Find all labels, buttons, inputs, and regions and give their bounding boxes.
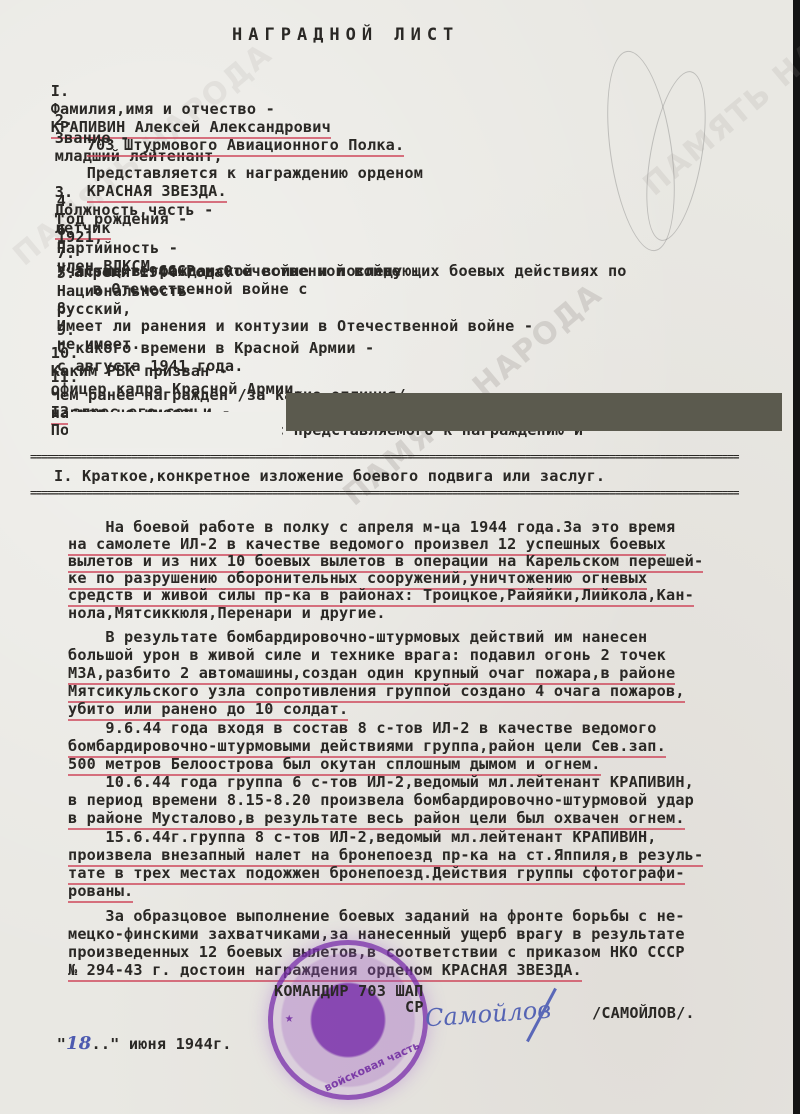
section-heading: I. Краткое,конкретное изложение боевого … (54, 467, 605, 485)
date-day: 18 (66, 1033, 91, 1054)
scan-border (793, 0, 800, 1114)
document-title: НАГРАДНОЙ ЛИСТ (232, 26, 459, 44)
blank-area (68, 412, 282, 448)
narrative-line: 10.6.44 года группа 6 с-тов ИЛ-2,ведомый… (68, 773, 694, 791)
signatory-position: КОМАНДИР 703 ШАП (274, 982, 424, 1000)
narrative-line: 15.6.44г.группа 8 с-тов ИЛ-2,ведомый мл.… (68, 828, 657, 846)
signatory-name: /САМОЙЛОВ/. (592, 1004, 695, 1022)
date-rest: июня 1944г. (129, 1035, 232, 1053)
narrative-line: в районе Мусталово,в результате весь рай… (68, 809, 685, 830)
document-date: "18.." июня 1944г. (38, 1017, 232, 1053)
redacted-address (286, 393, 782, 431)
narrative-line: нола,Мятсиккюля,Перенари и другие. (68, 604, 386, 622)
field-number: II. (51, 368, 79, 386)
narrative-line: убито или ранено до 10 солдат. (68, 700, 348, 721)
field-number: 7. (57, 244, 76, 262)
narrative-line: в период времени 8.15-8.20 произвела бом… (68, 791, 694, 809)
narrative-line: рованы. (68, 882, 133, 903)
signatory-suffix: СР (405, 998, 424, 1016)
divider-line: ========================================… (30, 491, 785, 499)
narrative-line: тате в трех местах подожжен бронепоезд.Д… (68, 864, 685, 885)
divider-line: ========================================… (30, 455, 785, 463)
narrative-line: 9.6.44 года входя в состав 8 с-тов ИЛ-2 … (68, 719, 657, 737)
narrative-line: большой урон в живой силе и технике враг… (68, 646, 666, 664)
narrative-line: В результате бомбардировочно-штурмовых д… (68, 628, 647, 646)
narrative-line: За образцовое выполнение боевых заданий … (68, 907, 685, 925)
narrative-line: На боевой работе в полку с апреля м-ца 1… (68, 518, 675, 536)
star-icon: ★ (285, 1010, 293, 1026)
field-war-participation-line3: апреля 1944 года. (74, 263, 233, 281)
narrative-line: мецко-финскими захватчиками,за нанесенны… (68, 925, 685, 943)
